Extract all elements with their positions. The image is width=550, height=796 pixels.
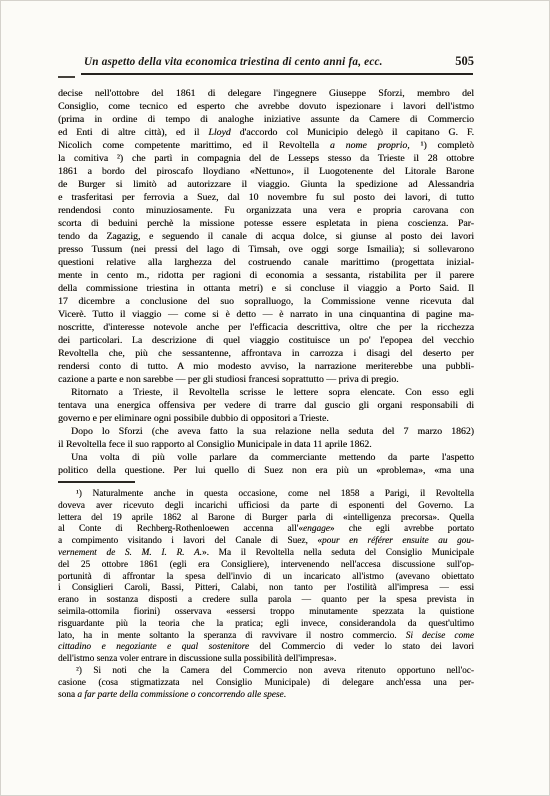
text-line: cazione a parte e non sarebbe — per gli …	[58, 373, 474, 386]
text-line: ed Enti di altre città), ed il Lloyd d'a…	[58, 126, 474, 139]
footnote-line: sona a far parte della commissione o con…	[58, 690, 474, 702]
footnote-line: lato, ha in mente soltanto la speranza d…	[58, 631, 474, 643]
text-line: 17 dicembre a conclusione del suo sopral…	[58, 295, 474, 308]
footnotes: ¹) Naturalmente anche in questa occasion…	[58, 489, 474, 705]
scanned-page: Un aspetto della vita economica triestin…	[0, 0, 550, 796]
footnote-line: cittadino e negoziante e qual sostenitor…	[58, 642, 474, 654]
text-line: de Burger si limitò ad autorizzare il vi…	[58, 178, 474, 191]
text-line: dei particolari. La descrizione di quel …	[58, 334, 474, 347]
scan-artifact-dash	[58, 76, 75, 78]
text-line: il Revoltella fece il suo rapporto al Co…	[58, 438, 474, 451]
running-title: Un aspetto della vita economica triestin…	[84, 56, 383, 68]
footnote-line: casione (cosa stigmatizzata nel Consigli…	[58, 678, 474, 690]
footnote-line: a compimento visitando i lavori del Cana…	[58, 536, 474, 548]
footnote-line: ²) Si noti che la Camera del Commercio n…	[58, 666, 474, 678]
body-text: decise nell'ottobre del 1861 di delegare…	[58, 87, 474, 479]
text-line: noscritte, d'interesse notevole anche pe…	[58, 321, 474, 334]
header-rule	[81, 73, 473, 75]
text-line: questioni relative alla larghezza del co…	[58, 256, 474, 269]
text-line: (prima in ordine di tempo di analoghe in…	[58, 113, 474, 126]
text-line: Una volta di più volle parlare da commer…	[58, 451, 474, 464]
footnote-line: portunità di affrontar la spesa dell'inv…	[58, 572, 474, 584]
text-line: Vicerè. Tutto il viaggio — come si è det…	[58, 308, 474, 321]
text-line: rendendosi conto minuziosamente. Fu orga…	[58, 204, 474, 217]
footnote-line: risguardante più la teoria che la pratic…	[58, 619, 474, 631]
footnote-line: al Conte di Rechberg-Rothenloewen accenn…	[58, 524, 474, 536]
text-line: Ritornato a Trieste, il Revoltella scris…	[58, 386, 474, 399]
text-line: e trasferitasi per ferrovia a Suez, dal …	[58, 191, 474, 204]
footnote-line: erano in sostanza disposti a credere sul…	[58, 595, 474, 607]
page-header: Un aspetto della vita economica triestin…	[58, 54, 474, 69]
footnote-line: lettera del 19 aprile 1862 al Barone di …	[58, 513, 474, 525]
page-number: 505	[455, 54, 474, 69]
footnote-line: i Consiglieri Caroli, Bassi, Pitteri, Ca…	[58, 583, 474, 595]
text-line: della commissione triestina in ottanta m…	[58, 282, 474, 295]
text-line: Nicolich come competente marittimo, ed i…	[58, 139, 474, 152]
footnote-line: seimila-ottomila fiorini) osservava «ess…	[58, 607, 474, 619]
footnote-line: doveva aver ricevuto degli incarichi uff…	[58, 501, 474, 513]
text-line: la comitiva ²) che partì in compagnia de…	[58, 152, 474, 165]
text-line: tentava una energica offensiva per veder…	[58, 399, 474, 412]
text-line: Consiglio, come tecnico ed esperto che a…	[58, 100, 474, 113]
footnote-separator	[58, 481, 135, 483]
text-line: scorta di beduini perchè la missione pot…	[58, 217, 474, 230]
text-line: decise nell'ottobre del 1861 di delegare…	[58, 87, 474, 100]
text-line: politico della questione. Per lui quello…	[58, 464, 474, 477]
footnote-line: ¹) Naturalmente anche in questa occasion…	[58, 489, 474, 501]
text-line: tendo da Zagazig, e seguendo il canale d…	[58, 230, 474, 243]
footnote-line: del 25 ottobre 1861 (egli era Consiglier…	[58, 560, 474, 572]
footnote-line: vernement de S. M. I. R. A.». Ma il Revo…	[58, 548, 474, 560]
text-line: governo e per eliminare ogni possibile d…	[58, 412, 474, 425]
text-line: mente in cento m., ridotta per ragioni d…	[58, 269, 474, 282]
text-line: presso Tussum (nei pressi del lago di Ti…	[58, 243, 474, 256]
text-line: Revoltella che, più che sessantenne, aff…	[58, 347, 474, 360]
text-line: 1861 a bordo del piroscafo lloydiano «Ne…	[58, 165, 474, 178]
text-line: Dopo lo Sforzi (che aveva fatto la sua r…	[58, 425, 474, 438]
text-line: rendersi conto di tutto. A mio modesto a…	[58, 360, 474, 373]
footnote-line: dell'istmo senza voler entrare in discus…	[58, 654, 474, 666]
